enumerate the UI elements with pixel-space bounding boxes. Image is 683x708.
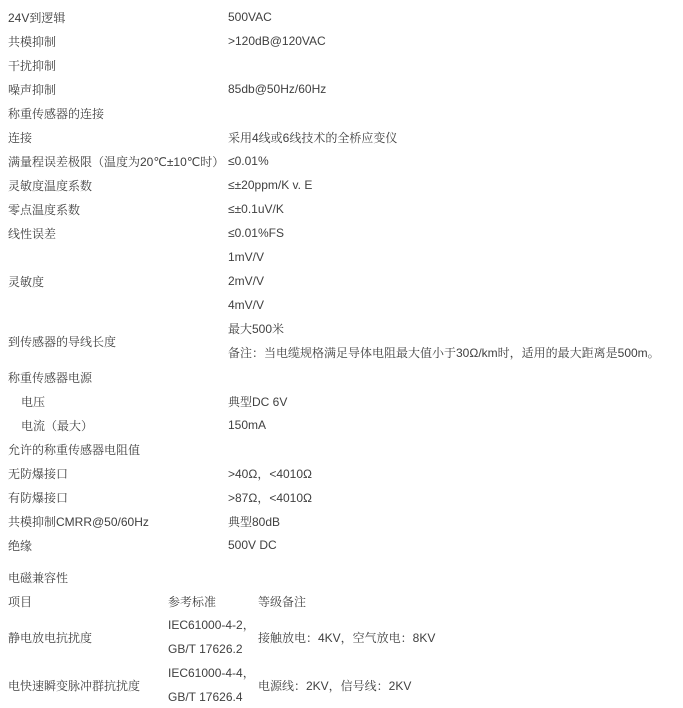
spec-section-label: 称重传感器电源 [0,369,228,386]
spec-section-label: 称重传感器的连接 [0,105,228,122]
spec-value: 500VAC [228,10,683,24]
spec-section-allowed-resistance: 允许的称重传感器电阻值 [0,437,683,461]
spec-section-loadcell-power: 称重传感器电源 [0,365,683,389]
spec-label: 绝缘 [0,537,228,554]
emc-grade: 接触放电：4KV，空气放电：8KV [258,629,683,646]
spec-label: 灵敏度 [0,273,228,290]
spec-label: 灵敏度温度系数 [0,177,228,194]
spec-label: 24V到逻辑 [0,9,228,26]
spec-value: 150mA [228,418,683,432]
spec-row-insulation: 绝缘 500V DC [0,533,683,557]
spec-label: 零点温度系数 [0,201,228,218]
spec-value-multiline: 最大500米 备注：当电缆规格满足导体电阻最大值小于30Ω/km时，适用的最大距… [228,317,683,365]
spec-section-label: 允许的称重传感器电阻值 [0,441,228,458]
spec-row-sensitivity-4mv: 4mV/V [0,293,683,317]
spec-row-connection: 连接 采用4线或6线技术的全桥应变仪 [0,125,683,149]
spec-row-zero-temp-coefficient: 零点温度系数 ≤±0.1uV/K [0,197,683,221]
spec-value: >87Ω，<4010Ω [228,489,683,506]
spec-label: 干扰抑制 [0,57,228,74]
spec-value: >40Ω，<4010Ω [228,465,683,482]
spec-row-exproof-interface: 有防爆接口 >87Ω，<4010Ω [0,485,683,509]
emc-standard-line1: IEC61000-4-4， [168,661,258,685]
spec-row-voltage: 电压 典型DC 6V [0,389,683,413]
spec-value: 85db@50Hz/60Hz [228,82,683,96]
spec-row-cmrr: 共模抑制CMRR@50/60Hz 典型80dB [0,509,683,533]
emc-standard-line1: IEC61000-4-2， [168,613,258,637]
spec-table: 24V到逻辑 500VAC 共模抑制 >120dB@120VAC 干扰抑制 噪声… [0,5,683,557]
spec-label: 到传感器的导线长度 [0,333,228,350]
spec-sheet: 24V到逻辑 500VAC 共模抑制 >120dB@120VAC 干扰抑制 噪声… [0,0,683,708]
spec-row-sensitivity-temp-coefficient: 灵敏度温度系数 ≤±20ppm/K v. E [0,173,683,197]
emc-header-item: 项目 [0,593,168,610]
spec-label: 噪声抑制 [0,81,228,98]
spec-value: >120dB@120VAC [228,34,683,48]
emc-row-eft-burst: 电快速瞬变脉冲群抗扰度 IEC61000-4-4， GB/T 17626.4 电… [0,661,683,708]
spec-value: 1mV/V [228,250,683,264]
emc-item: 电快速瞬变脉冲群抗扰度 [0,677,168,694]
spec-row-common-mode-rejection: 共模抑制 >120dB@120VAC [0,29,683,53]
emc-standard: IEC61000-4-2， GB/T 17626.2 [168,613,258,661]
emc-row-esd: 静电放电抗扰度 IEC61000-4-2， GB/T 17626.2 接触放电：… [0,613,683,661]
spec-label: 共模抑制CMRR@50/60Hz [0,513,228,530]
spec-row-fullscale-error-limit: 满量程误差极限（温度为20℃±10℃时） ≤0.01% [0,149,683,173]
spec-row-interference-rejection: 干扰抑制 [0,53,683,77]
spec-value: 采用4线或6线技术的全桥应变仪 [228,129,683,146]
spec-label: 共模抑制 [0,33,228,50]
spec-row-cable-length: 到传感器的导线长度 最大500米 备注：当电缆规格满足导体电阻最大值小于30Ω/… [0,317,683,365]
spec-value: 4mV/V [228,298,683,312]
spec-row-sensitivity-1mv: 1mV/V [0,245,683,269]
cable-length-value: 最大500米 [228,317,683,341]
section-gap [0,557,683,565]
spec-value: 2mV/V [228,274,683,288]
spec-label: 有防爆接口 [0,489,228,506]
spec-row-non-exproof-interface: 无防爆接口 >40Ω，<4010Ω [0,461,683,485]
spec-row-noise-rejection: 噪声抑制 85db@50Hz/60Hz [0,77,683,101]
emc-standard: IEC61000-4-4， GB/T 17626.4 [168,661,258,708]
spec-label: 电流（最大） [0,417,228,434]
spec-row-sensitivity-2mv: 灵敏度 2mV/V [0,269,683,293]
emc-section: 电磁兼容性 项目 参考标准 等级备注 静电放电抗扰度 IEC61000-4-2，… [0,565,683,708]
emc-header-grade: 等级备注 [258,593,683,610]
emc-title: 电磁兼容性 [0,565,683,589]
emc-item: 静电放电抗扰度 [0,629,168,646]
spec-label: 连接 [0,129,228,146]
cable-length-note: 备注：当电缆规格满足导体电阻最大值小于30Ω/km时，适用的最大距离是500m。 [228,341,683,365]
emc-standard-line2: GB/T 17626.4 [168,685,258,708]
spec-value: ≤±20ppm/K v. E [228,178,683,192]
spec-section-loadcell-connection: 称重传感器的连接 [0,101,683,125]
emc-standard-line2: GB/T 17626.2 [168,637,258,661]
emc-header-standard: 参考标准 [168,593,258,610]
spec-value: 500V DC [228,538,683,552]
spec-label: 电压 [0,393,228,410]
spec-value: ≤0.01%FS [228,226,683,240]
spec-value: 典型DC 6V [228,393,683,410]
spec-value: ≤0.01% [228,154,683,168]
spec-label: 线性误差 [0,225,228,242]
spec-value: ≤±0.1uV/K [228,202,683,216]
spec-row-24v-logic: 24V到逻辑 500VAC [0,5,683,29]
emc-grade: 电源线：2KV，信号线：2KV [258,677,683,694]
spec-label: 满量程误差极限（温度为20℃±10℃时） [0,153,228,170]
emc-header-row: 项目 参考标准 等级备注 [0,589,683,613]
spec-row-current-max: 电流（最大） 150mA [0,413,683,437]
spec-label: 无防爆接口 [0,465,228,482]
spec-row-linearity-error: 线性误差 ≤0.01%FS [0,221,683,245]
spec-value: 典型80dB [228,513,683,530]
